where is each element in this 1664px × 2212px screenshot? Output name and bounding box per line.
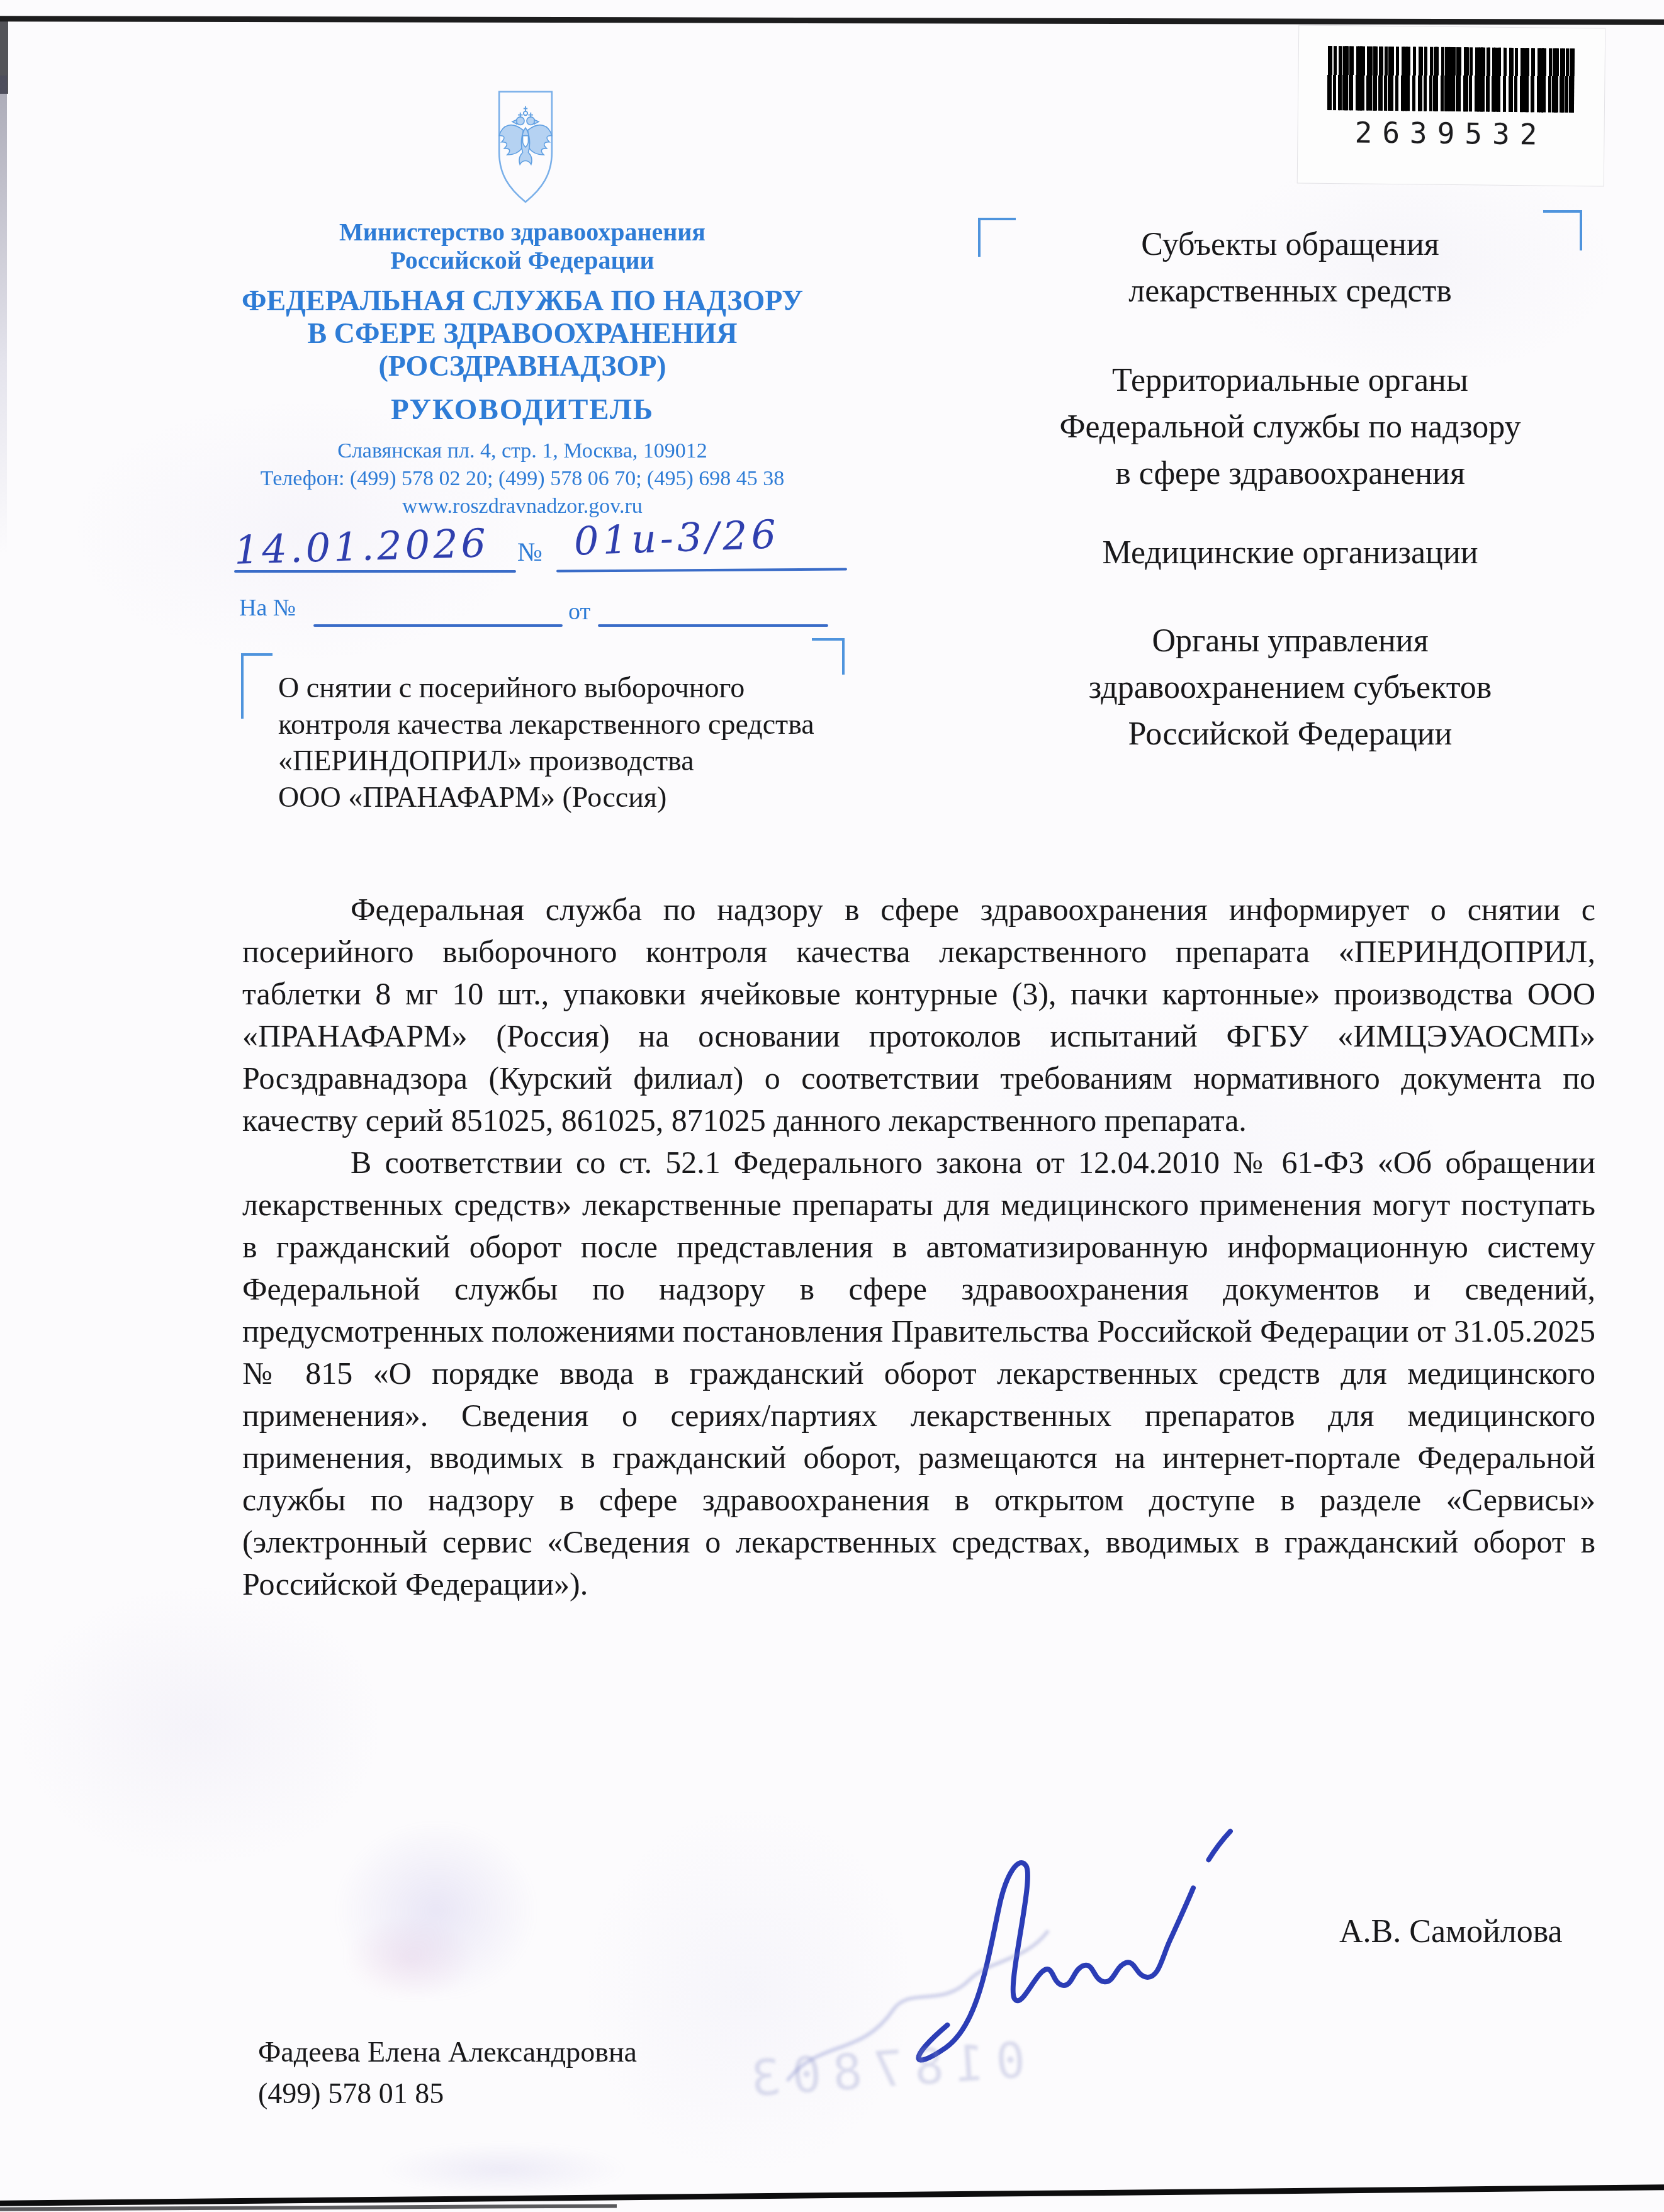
reply-number-underline xyxy=(313,624,563,627)
handwritten-doc-number: 01и-3/26 xyxy=(573,511,780,564)
recipient-drug-circulation-subjects: Субъекты обращения лекарственных средств xyxy=(972,222,1608,315)
executor-phone: (499) 578 01 85 xyxy=(258,2077,444,2110)
recipient-health-authorities: Органы управления здравоохранением субъе… xyxy=(972,618,1608,758)
reply-to-number-label: На № xyxy=(239,594,296,622)
russia-coat-of-arms-icon xyxy=(473,89,578,205)
letterhead-phone: Телефон: (499) 578 02 20; (499) 578 06 7… xyxy=(189,467,856,491)
registration-barcode-sticker: 2639532 xyxy=(1297,25,1606,186)
letter-body: Федеральная служба по надзору в сфере зд… xyxy=(242,889,1595,1605)
barcode-number: 2639532 xyxy=(1298,115,1604,152)
handwritten-date: 14.01.2026 xyxy=(233,520,490,573)
signer-name: А.В. Самойлова xyxy=(1339,1913,1563,1950)
scan-edge-left-smudge xyxy=(0,76,7,554)
scanned-letter-page: 2639532 Министерство здравоохранения Рос… xyxy=(0,0,1664,2212)
letter-subject: О снятии с посерийного выборочного контр… xyxy=(278,670,870,816)
recipient-territorial-bodies: Территориальные органы Федеральной служб… xyxy=(972,357,1608,497)
scan-edge-top-line xyxy=(0,16,1664,25)
ghost-stamp-bleedthrough xyxy=(301,1791,571,2030)
reply-date-underline xyxy=(598,624,828,627)
ghost-smudge-bleedthrough xyxy=(340,2135,667,2204)
body-paragraph-1: Федеральная служба по надзору в сфере зд… xyxy=(242,889,1595,1142)
signer-role-title: РУКОВОДИТЕЛЬ xyxy=(189,393,856,427)
service-name: ФЕДЕРАЛЬНАЯ СЛУЖБА ПО НАДЗОРУ В СФЕРЕ ЗД… xyxy=(189,284,856,383)
barcode-icon xyxy=(1327,46,1575,113)
number-underline xyxy=(556,568,847,572)
executor-name: Фадеева Елена Александровна xyxy=(258,2035,637,2069)
subject-corner-bracket-left xyxy=(241,653,273,719)
body-paragraph-2: В соответствии со ст. 52.1 Федерального … xyxy=(242,1142,1595,1605)
date-underline xyxy=(234,570,516,573)
recipient-medical-organizations: Медицинские организации xyxy=(972,530,1608,576)
reply-from-label: от xyxy=(568,598,590,626)
emblem-breast-shield xyxy=(523,136,529,147)
number-sign-label: № xyxy=(517,537,542,568)
ministry-name: Министерство здравоохранения Российской … xyxy=(189,218,856,274)
scan-edge-bottom-line xyxy=(0,2184,1664,2206)
letterhead-address: Славянская пл. 4, стр. 1, Москва, 109012 xyxy=(189,439,856,463)
